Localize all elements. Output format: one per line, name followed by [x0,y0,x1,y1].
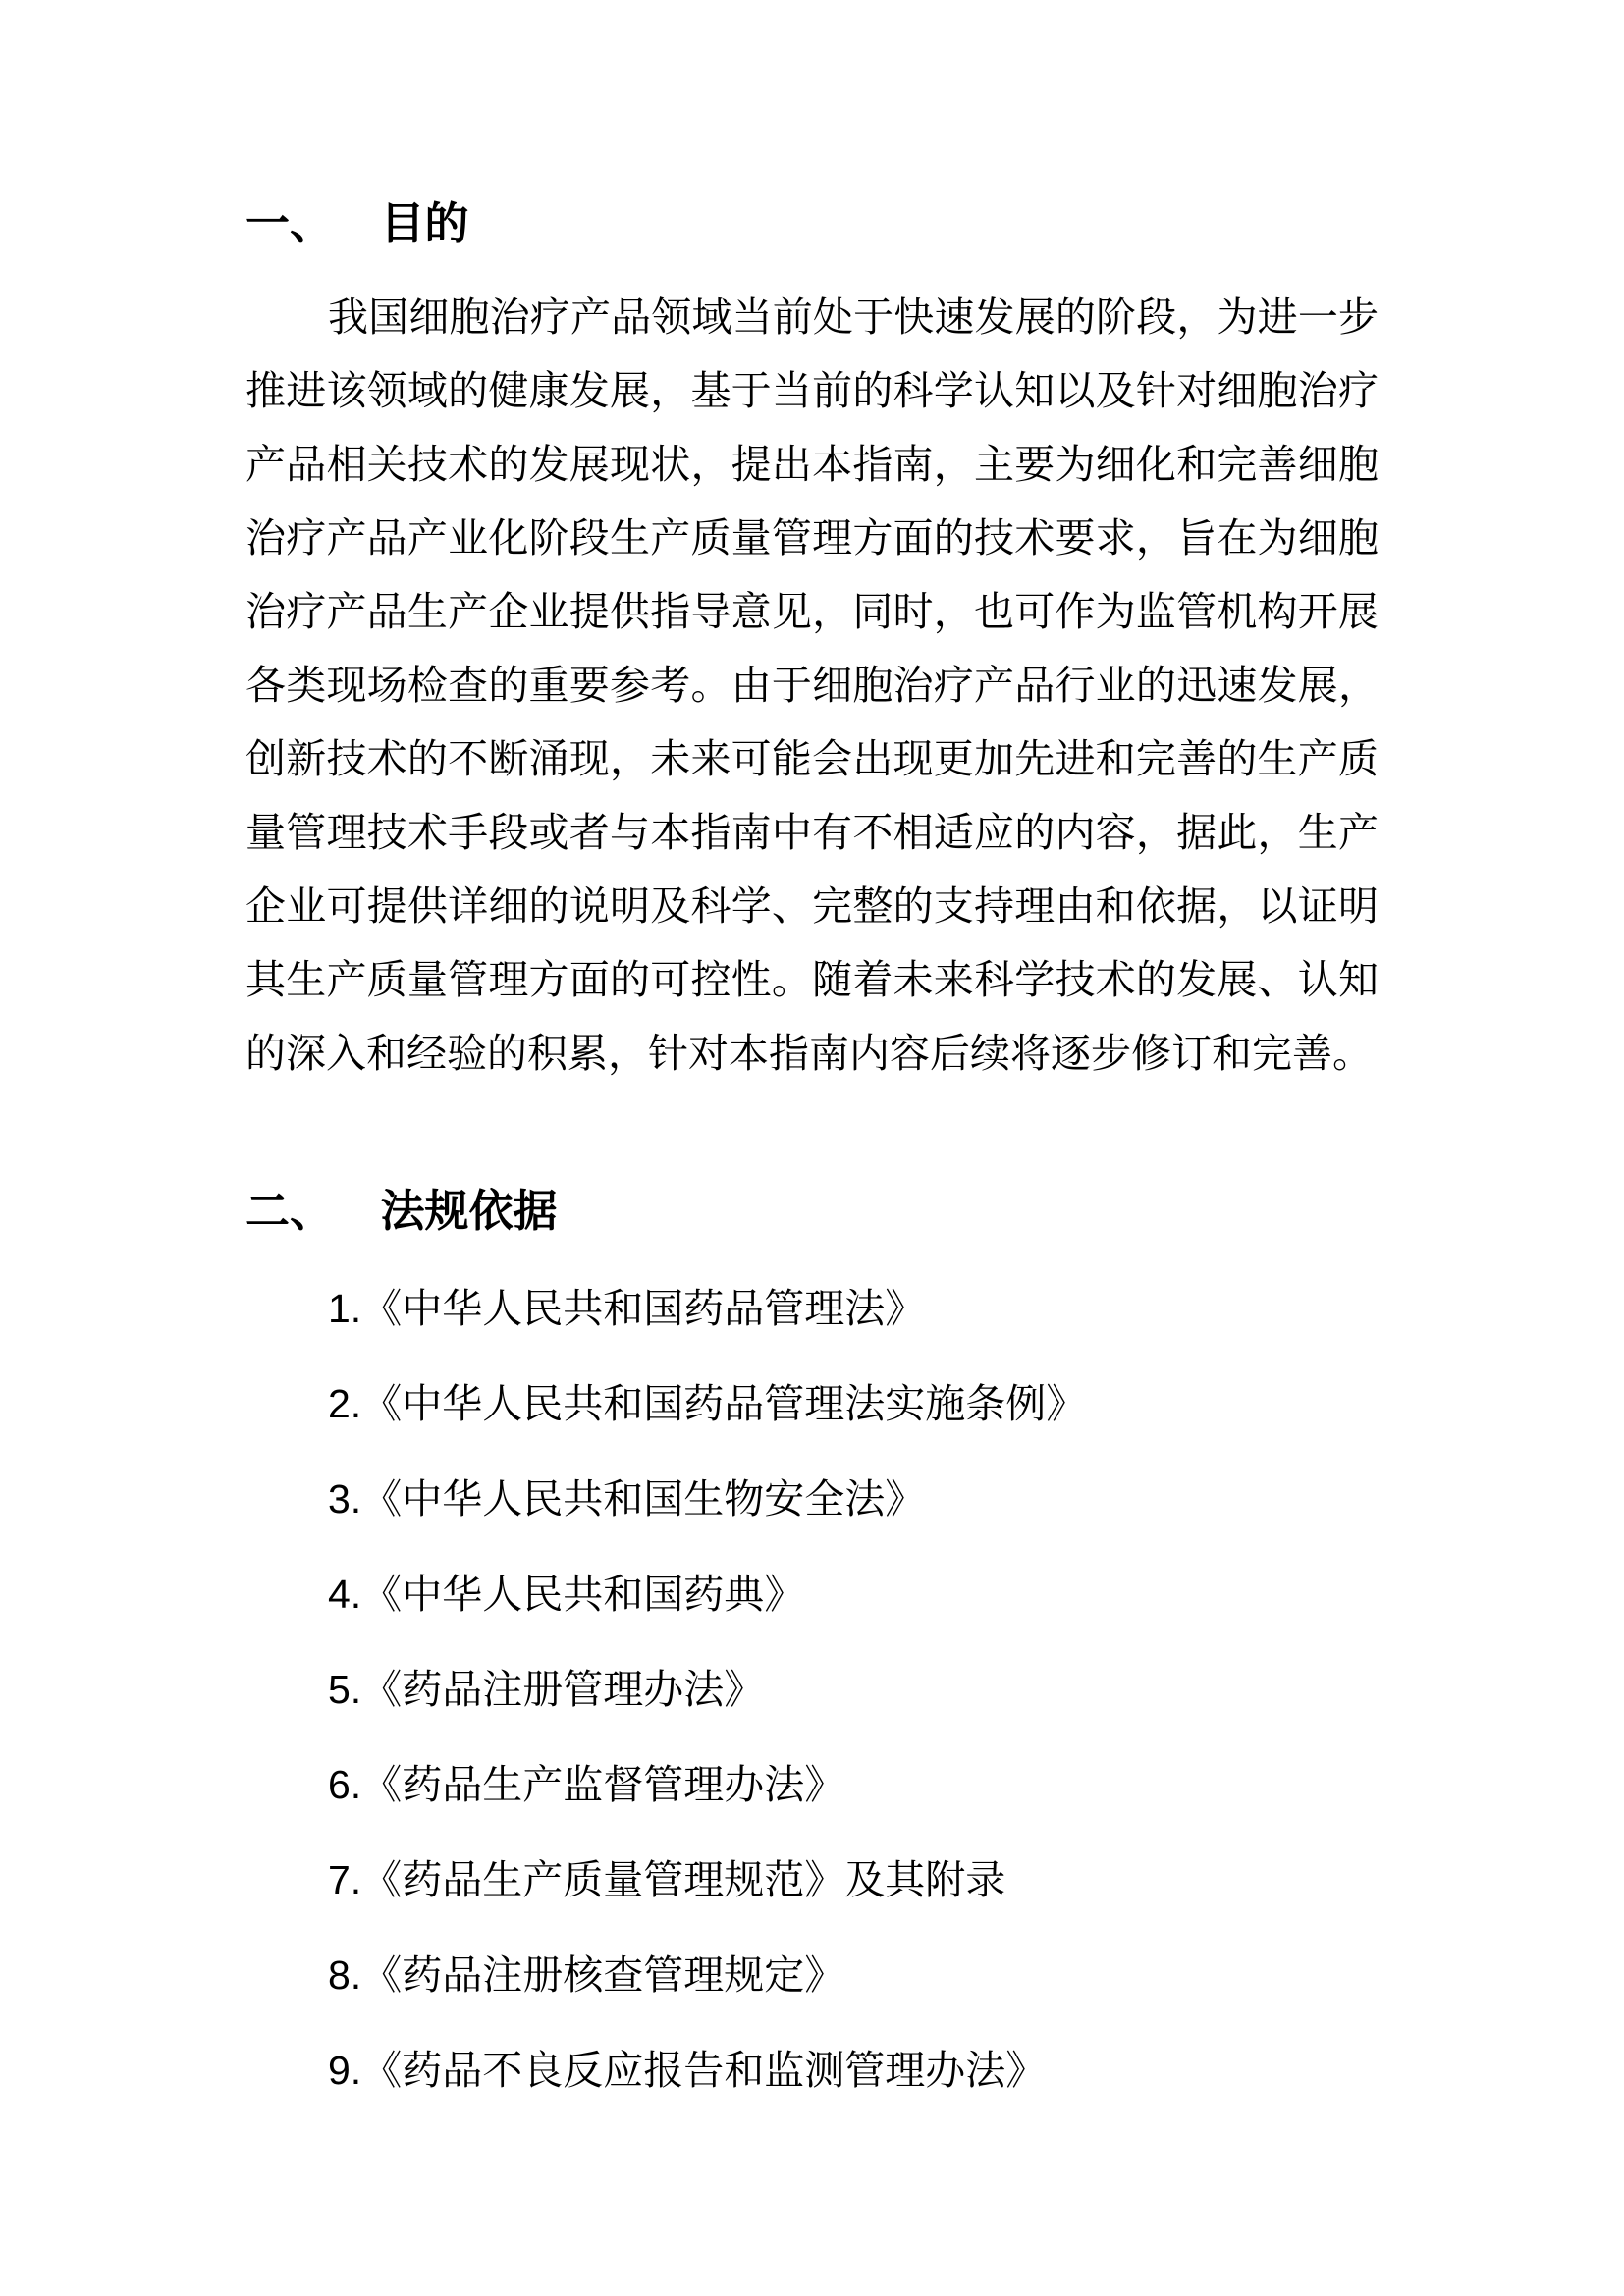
regulation-list-item-2: 2.《中华人民共和国药品管理法实施条例》 [328,1357,1379,1452]
section-regulatory-basis: 二、 法规依据 1.《中华人民共和国药品管理法》 2.《中华人民共和国药品管理法… [245,1184,1379,2117]
regulation-list-item-1: 1.《中华人民共和国药品管理法》 [328,1261,1379,1357]
section-purpose-paragraph: 我国细胞治疗产品领域当前处于快速发展的阶段，为进一步推进该领域的健康发展，基于当… [245,281,1379,1091]
section-purpose: 一、 目的 我国细胞治疗产品领域当前处于快速发展的阶段，为进一步推进该领域的健康… [245,196,1379,1091]
regulation-list-item-8: 8.《药品注册核查管理规定》 [328,1928,1379,2023]
document-page: 一、 目的 我国细胞治疗产品领域当前处于快速发展的阶段，为进一步推进该领域的健康… [0,0,1624,2296]
section-purpose-heading-number: 一、 [245,196,334,251]
section-regulatory-basis-heading: 二、 法规依据 [245,1184,1379,1239]
section-regulatory-basis-heading-title: 法规依据 [381,1186,558,1236]
regulation-list-item-4: 4.《中华人民共和国药典》 [328,1547,1379,1642]
section-purpose-heading-title: 目的 [381,198,469,248]
regulation-list-item-5: 5.《药品注册管理办法》 [328,1642,1379,1737]
regulation-list-item-3: 3.《中华人民共和国生物安全法》 [328,1452,1379,1547]
regulation-list-item-7: 7.《药品生产质量管理规范》及其附录 [328,1833,1379,1928]
regulation-list-item-9: 9.《药品不良反应报告和监测管理办法》 [328,2023,1379,2118]
section-regulatory-basis-heading-number: 二、 [245,1184,334,1239]
regulation-list-item-6: 6.《药品生产监督管理办法》 [328,1737,1379,1833]
section-purpose-heading: 一、 目的 [245,196,1379,251]
regulation-list: 1.《中华人民共和国药品管理法》 2.《中华人民共和国药品管理法实施条例》 3.… [245,1261,1379,2118]
